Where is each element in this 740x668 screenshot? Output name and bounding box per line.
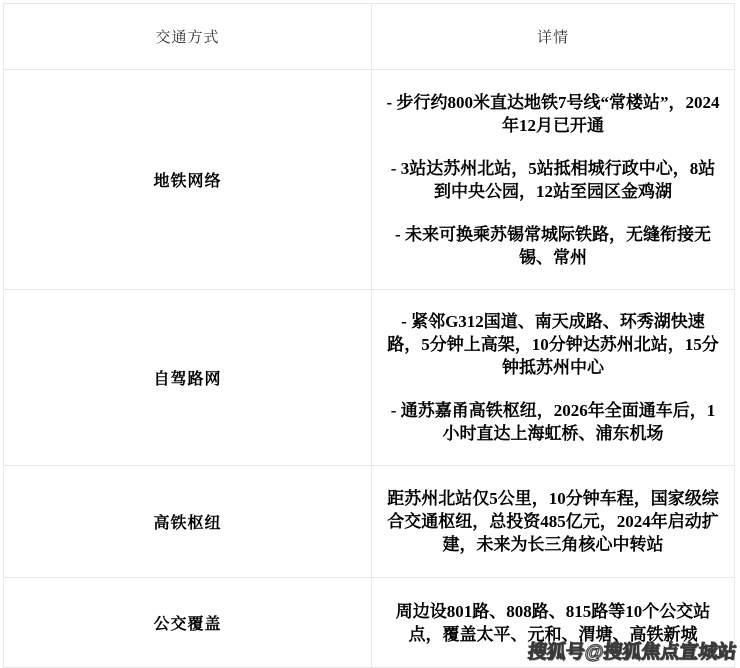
table-row: 高铁枢纽 距苏州北站仅5公里，10分钟车程，国家级综合交通枢纽，总投资485亿元…: [4, 466, 734, 578]
method-cell: 自驾路网: [4, 290, 371, 465]
table-row: 自驾路网 - 紧邻G312国道、南天成路、环秀湖快速路，5分钟上高架，10分钟达…: [4, 290, 734, 466]
detail-paragraph: 距苏州北站仅5公里，10分钟车程，国家级综合交通枢纽，总投资485亿元，2024…: [386, 487, 720, 556]
details-cell: - 步行约800米直达地铁7号线“常楼站”，2024年12月已开通- 3站达苏州…: [371, 70, 734, 289]
detail-paragraph: - 3站达苏州北站，5站抵相城行政中心，8站到中央公园，12站至园区金鸡湖: [386, 157, 720, 203]
method-label: 公交覆盖: [153, 611, 221, 634]
table-row: 地铁网络 - 步行约800米直达地铁7号线“常楼站”，2024年12月已开通- …: [4, 70, 734, 290]
method-cell: 高铁枢纽: [4, 466, 371, 577]
detail-paragraph: - 紧邻G312国道、南天成路、环秀湖快速路，5分钟上高架，10分钟达苏州北站，…: [386, 310, 720, 379]
table-body: 地铁网络 - 步行约800米直达地铁7号线“常楼站”，2024年12月已开通- …: [4, 70, 734, 667]
details-cell: 周边设801路、808路、815路等10个公交站点，覆盖太平、元和、渭塘、高铁新…: [371, 578, 734, 667]
method-label: 高铁枢纽: [153, 510, 221, 533]
method-cell: 公交覆盖: [4, 578, 371, 667]
transport-table: 交通方式 详情 地铁网络 - 步行约800米直达地铁7号线“常楼站”，2024年…: [3, 3, 735, 668]
detail-paragraph: - 通苏嘉甬高铁枢纽，2026年全面通车后，1小时直达上海虹桥、浦东机场: [386, 399, 720, 445]
details-cell: 距苏州北站仅5公里，10分钟车程，国家级综合交通枢纽，总投资485亿元，2024…: [371, 466, 734, 577]
table-header-row: 交通方式 详情: [4, 4, 734, 70]
detail-paragraph: - 未来可换乘苏锡常城际铁路，无缝衔接无锡、常州: [386, 223, 720, 269]
method-label: 地铁网络: [153, 168, 221, 191]
method-cell: 地铁网络: [4, 70, 371, 289]
details-cell: - 紧邻G312国道、南天成路、环秀湖快速路，5分钟上高架，10分钟达苏州北站，…: [371, 290, 734, 465]
column-header-method: 交通方式: [4, 4, 371, 69]
method-label: 自驾路网: [153, 366, 221, 389]
table-row: 公交覆盖 周边设801路、808路、815路等10个公交站点，覆盖太平、元和、渭…: [4, 578, 734, 667]
detail-paragraph: - 步行约800米直达地铁7号线“常楼站”，2024年12月已开通: [386, 91, 720, 137]
detail-paragraph: 周边设801路、808路、815路等10个公交站点，覆盖太平、元和、渭塘、高铁新…: [386, 600, 720, 646]
column-header-details: 详情: [371, 4, 734, 69]
